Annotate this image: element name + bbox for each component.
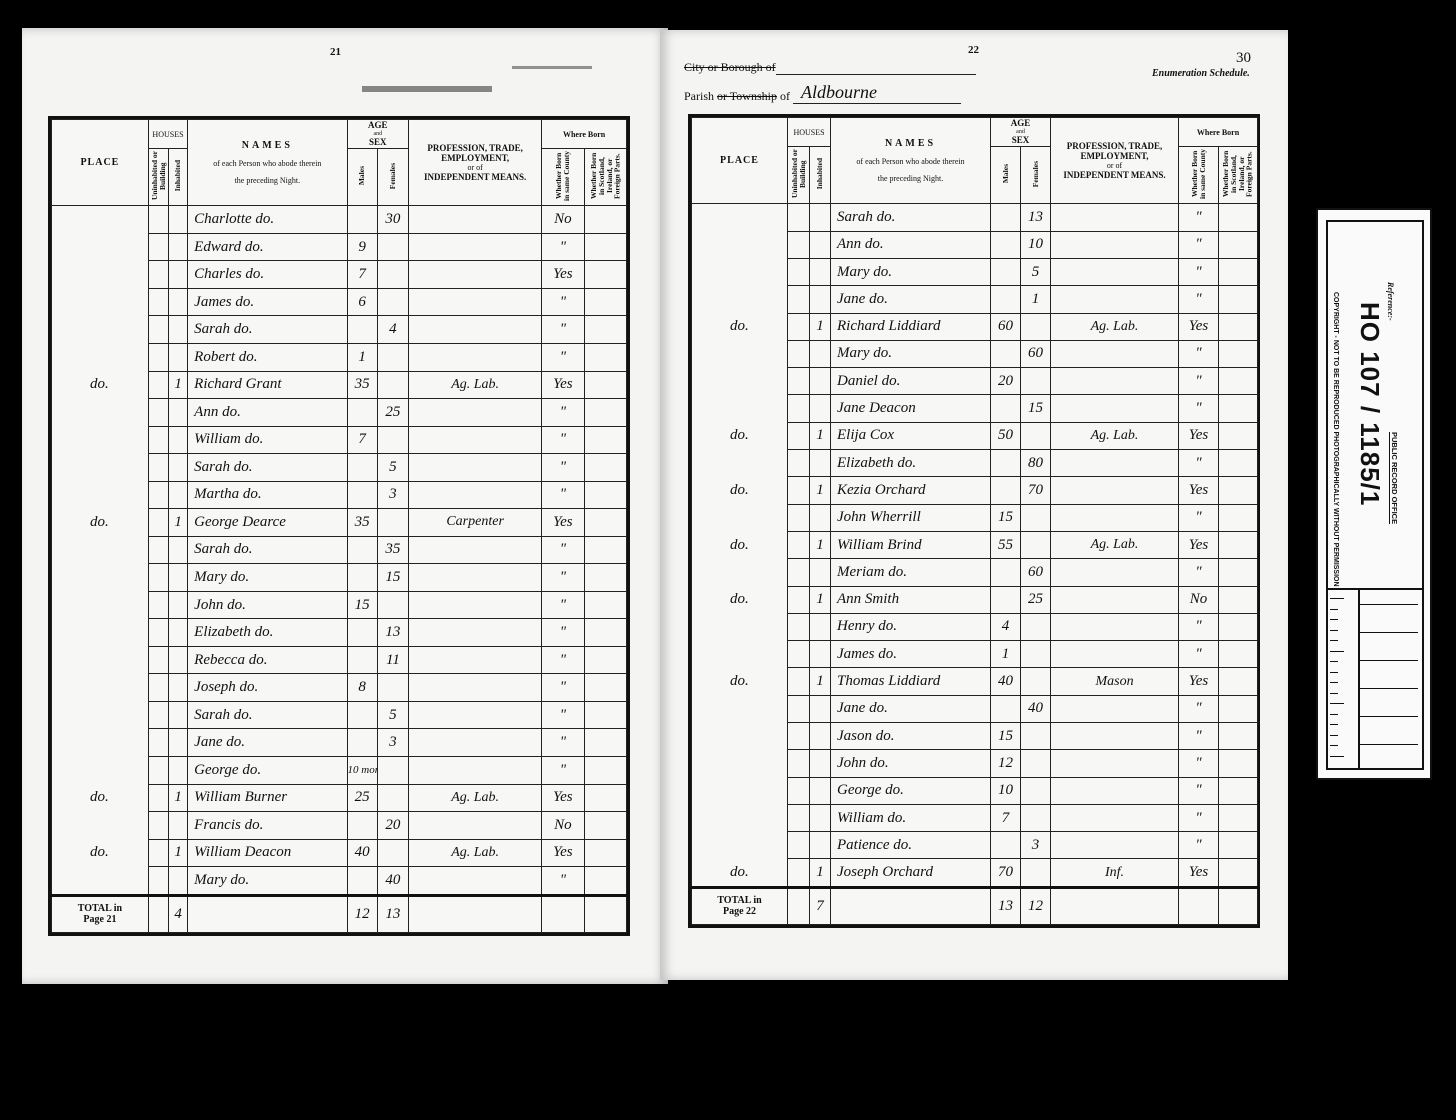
scale-tick	[1330, 756, 1344, 757]
col-females: Females	[1021, 147, 1051, 204]
cell-foreign-parts	[584, 399, 626, 427]
cell-same-county: Yes	[1179, 531, 1219, 558]
cell-name: William Burner	[188, 784, 347, 812]
cell-name: Edward do.	[188, 233, 347, 261]
cell-profession	[409, 619, 542, 647]
cell-same-county: "	[1179, 641, 1219, 668]
cell-females	[1021, 504, 1051, 531]
scale-tick	[1330, 693, 1338, 694]
cell-inhabited	[169, 564, 188, 592]
cell-foreign-parts	[584, 812, 626, 840]
cell-profession	[1051, 450, 1179, 477]
cell-males: 35	[347, 509, 377, 537]
cell-females	[377, 426, 408, 454]
scale-tick	[1330, 651, 1344, 652]
cell-males: 6	[347, 288, 377, 316]
cell-males	[991, 832, 1021, 859]
cell-inhabited	[169, 701, 188, 729]
total-inhabited: 7	[810, 887, 831, 924]
cell-same-county: "	[1179, 695, 1219, 722]
cell-inhabited	[169, 261, 188, 289]
table-row: Francis do.20No	[52, 812, 627, 840]
cell-profession: Ag. Lab.	[1051, 422, 1179, 449]
cell-profession	[1051, 832, 1179, 859]
col-inhabited: Inhabited	[810, 147, 831, 204]
cell-females: 11	[377, 646, 408, 674]
census-page-right: 22 30 Enumeration Schedule. City or Boro…	[660, 30, 1288, 980]
cell-males: 10 months	[347, 756, 377, 784]
cell-place: do.	[692, 477, 788, 504]
col-same-county: Whether Born in same County	[1179, 147, 1219, 204]
reference-slip: Reference:- HO 107 / 1185/1 PUBLIC RECOR…	[1316, 208, 1432, 780]
table-row: William do.7"	[52, 426, 627, 454]
cell-name: James do.	[188, 288, 347, 316]
cell-females	[1021, 777, 1051, 804]
cell-males: 1	[991, 641, 1021, 668]
cell-foreign-parts	[1219, 450, 1258, 477]
copyright-notice: COPYRIGHT - NOT TO BE REPRODUCED PHOTOGR…	[1332, 292, 1339, 587]
cell-uninhabited	[148, 674, 168, 702]
page-number: 22	[968, 44, 979, 56]
cell-uninhabited	[148, 344, 168, 372]
cell-uninhabited	[148, 756, 168, 784]
table-row: Henry do.4"	[692, 613, 1258, 640]
cell-foreign-parts	[584, 701, 626, 729]
table-row: Jane do.3"	[52, 729, 627, 757]
cell-name: Jason do.	[831, 722, 991, 749]
cell-same-county: "	[1179, 777, 1219, 804]
cell-same-county: No	[1179, 586, 1219, 613]
cell-uninhabited	[148, 701, 168, 729]
scale-tick	[1330, 724, 1338, 725]
cell-place	[692, 231, 788, 258]
cell-place	[52, 536, 149, 564]
col-where-born: Where Born	[542, 120, 627, 149]
cell-same-county: "	[1179, 204, 1219, 231]
cell-males: 25	[347, 784, 377, 812]
cell-profession	[1051, 286, 1179, 313]
scale-tick	[1330, 745, 1338, 746]
cell-name: Elizabeth do.	[188, 619, 347, 647]
cell-females	[377, 261, 408, 289]
table-row: Mary do.40"	[52, 867, 627, 896]
cell-name: George do.	[831, 777, 991, 804]
city-borough-line: City or Borough of	[684, 60, 976, 75]
cell-name: Ann Smith	[831, 586, 991, 613]
total-foreign-parts	[584, 895, 626, 932]
cell-place	[692, 286, 788, 313]
cell-name: Kezia Orchard	[831, 477, 991, 504]
col-place: PLACE	[692, 118, 788, 204]
cell-place	[52, 867, 149, 896]
table-row: George do.10 months"	[52, 756, 627, 784]
scale-tick	[1330, 682, 1338, 683]
cell-same-county: "	[542, 233, 584, 261]
cell-foreign-parts	[1219, 641, 1258, 668]
table-row: Ann do.25"	[52, 399, 627, 427]
cell-inhabited	[810, 204, 831, 231]
cell-males	[991, 695, 1021, 722]
cell-profession	[1051, 258, 1179, 285]
cell-name: Richard Liddiard	[831, 313, 991, 340]
cell-uninhabited	[788, 722, 810, 749]
cell-name: Mary do.	[188, 867, 347, 896]
table-row: do.1Thomas Liddiard40MasonYes	[692, 668, 1258, 695]
table-row: Charlotte do.30No	[52, 206, 627, 234]
cell-same-county: No	[542, 812, 584, 840]
cell-inhabited	[810, 750, 831, 777]
cell-inhabited	[810, 286, 831, 313]
cell-females	[377, 784, 408, 812]
cell-name: Charlotte do.	[188, 206, 347, 234]
cell-inhabited	[169, 206, 188, 234]
total-names	[831, 887, 991, 924]
scale-tick	[1330, 703, 1344, 704]
cell-females	[1021, 313, 1051, 340]
cell-females	[377, 344, 408, 372]
cell-same-county: "	[1179, 340, 1219, 367]
cell-foreign-parts	[584, 288, 626, 316]
reference-label: Reference:-	[1386, 282, 1395, 321]
cell-place: do.	[52, 371, 149, 399]
cell-foreign-parts	[584, 371, 626, 399]
col-inhabited: Inhabited	[169, 149, 188, 206]
cell-profession: Carpenter	[409, 509, 542, 537]
cell-place	[692, 722, 788, 749]
cell-foreign-parts	[584, 481, 626, 509]
cell-females: 3	[1021, 832, 1051, 859]
scale-tick	[1330, 630, 1338, 631]
total-females: 12	[1021, 887, 1051, 924]
table-row: Jane Deacon15"	[692, 395, 1258, 422]
cell-males	[347, 867, 377, 896]
table-row: Mary do.15"	[52, 564, 627, 592]
cell-name: Thomas Liddiard	[831, 668, 991, 695]
cell-uninhabited	[148, 233, 168, 261]
cell-foreign-parts	[584, 867, 626, 896]
table-row: Elizabeth do.80"	[692, 450, 1258, 477]
table-row: do.1William Brind55Ag. Lab.Yes	[692, 531, 1258, 558]
total-uninhabited	[788, 887, 810, 924]
cell-profession	[1051, 722, 1179, 749]
cell-foreign-parts	[1219, 340, 1258, 367]
cell-foreign-parts	[584, 839, 626, 867]
cell-place: do.	[692, 668, 788, 695]
cell-males: 50	[991, 422, 1021, 449]
cell-females	[377, 371, 408, 399]
table-row: Jason do.15"	[692, 722, 1258, 749]
cell-females: 15	[1021, 395, 1051, 422]
office-label: PUBLIC RECORD OFFICE	[1390, 432, 1399, 524]
cell-foreign-parts	[584, 564, 626, 592]
table-row: do.1Richard Grant35Ag. Lab.Yes	[52, 371, 627, 399]
cell-name: George do.	[188, 756, 347, 784]
cell-inhabited	[169, 454, 188, 482]
cell-males: 7	[347, 261, 377, 289]
cell-uninhabited	[148, 509, 168, 537]
table-row: Elizabeth do.13"	[52, 619, 627, 647]
cell-foreign-parts	[584, 674, 626, 702]
cell-uninhabited	[788, 750, 810, 777]
cell-name: Elija Cox	[831, 422, 991, 449]
cell-profession	[409, 233, 542, 261]
cell-foreign-parts	[1219, 695, 1258, 722]
cell-uninhabited	[788, 395, 810, 422]
table-row: George do.10"	[692, 777, 1258, 804]
table-row: do.1Kezia Orchard70Yes	[692, 477, 1258, 504]
cell-uninhabited	[148, 426, 168, 454]
cell-foreign-parts	[1219, 531, 1258, 558]
cell-males: 70	[991, 859, 1021, 887]
cell-profession: Ag. Lab.	[409, 371, 542, 399]
cell-same-county: "	[542, 426, 584, 454]
table-row: William do.7"	[692, 804, 1258, 831]
cell-inhabited	[169, 344, 188, 372]
cell-profession	[1051, 559, 1179, 586]
cell-name: Joseph Orchard	[831, 859, 991, 887]
cell-males: 10	[991, 777, 1021, 804]
table-row: Edward do.9"	[52, 233, 627, 261]
schedule-number: 30	[1236, 50, 1251, 67]
table-row: Joseph do.8"	[52, 674, 627, 702]
cell-inhabited: 1	[810, 313, 831, 340]
scale-tick	[1330, 735, 1338, 736]
cell-foreign-parts	[1219, 231, 1258, 258]
cell-males	[347, 646, 377, 674]
total-profession	[1051, 887, 1179, 924]
census-rows: Charlotte do.30NoEdward do.9"Charles do.…	[52, 206, 627, 933]
cell-uninhabited	[788, 286, 810, 313]
cell-uninhabited	[788, 832, 810, 859]
cell-males	[991, 395, 1021, 422]
cell-profession	[1051, 695, 1179, 722]
cell-inhabited	[810, 777, 831, 804]
cell-same-county: "	[1179, 613, 1219, 640]
cell-profession: Inf.	[1051, 859, 1179, 887]
scale-tick	[1358, 688, 1418, 689]
cell-place	[52, 756, 149, 784]
cell-uninhabited	[788, 586, 810, 613]
table-row: Mary do.5"	[692, 258, 1258, 285]
cell-name: Sarah do.	[188, 316, 347, 344]
cell-inhabited	[169, 867, 188, 896]
cell-females: 3	[377, 729, 408, 757]
cell-place	[692, 204, 788, 231]
cell-place	[52, 261, 149, 289]
cell-place: do.	[52, 509, 149, 537]
total-uninhabited	[148, 895, 168, 932]
table-row: do.1George Dearce35CarpenterYes	[52, 509, 627, 537]
cell-profession	[1051, 613, 1179, 640]
cell-inhabited	[169, 756, 188, 784]
cell-females: 13	[1021, 204, 1051, 231]
cell-females	[1021, 804, 1051, 831]
cell-name: Sarah do.	[188, 454, 347, 482]
col-profession: PROFESSION, TRADE, EMPLOYMENT, or of IND…	[1051, 118, 1179, 204]
cell-males	[347, 316, 377, 344]
cell-same-county: "	[542, 674, 584, 702]
cell-foreign-parts	[1219, 204, 1258, 231]
cell-same-county: "	[542, 619, 584, 647]
cell-foreign-parts	[1219, 586, 1258, 613]
cell-males: 4	[991, 613, 1021, 640]
cell-uninhabited	[148, 564, 168, 592]
table-row: James do.1"	[692, 641, 1258, 668]
cell-same-county: "	[1179, 504, 1219, 531]
col-houses: HOUSES	[148, 120, 187, 149]
cell-uninhabited	[788, 422, 810, 449]
cell-profession	[409, 288, 542, 316]
cell-same-county: Yes	[1179, 313, 1219, 340]
cell-place	[692, 804, 788, 831]
cell-profession	[1051, 641, 1179, 668]
cell-uninhabited	[148, 481, 168, 509]
cell-females	[377, 756, 408, 784]
total-inhabited: 4	[169, 895, 188, 932]
cell-males: 15	[991, 722, 1021, 749]
cell-name: Sarah do.	[188, 701, 347, 729]
cell-females	[1021, 422, 1051, 449]
cell-name: Francis do.	[188, 812, 347, 840]
cell-inhabited	[810, 504, 831, 531]
col-foreign-parts: Whether Born in Scotland, Ireland, or Fo…	[584, 149, 626, 206]
col-same-county: Whether Born in same County	[542, 149, 584, 206]
cell-same-county: "	[542, 646, 584, 674]
cell-uninhabited	[788, 859, 810, 887]
table-row: James do.6"	[52, 288, 627, 316]
col-age-sex: AGE and SEX	[347, 120, 409, 149]
cell-profession	[409, 591, 542, 619]
cell-same-county: "	[542, 729, 584, 757]
parish-value: Aldbourne	[793, 82, 961, 104]
cell-females: 70	[1021, 477, 1051, 504]
cell-males: 7	[347, 426, 377, 454]
reference-frame: Reference:- HO 107 / 1185/1 PUBLIC RECOR…	[1326, 220, 1424, 770]
table-row: Meriam do.60"	[692, 559, 1258, 586]
cell-uninhabited	[148, 206, 168, 234]
total-same-county	[542, 895, 584, 932]
table-row: Robert do.1"	[52, 344, 627, 372]
cell-profession: Ag. Lab.	[409, 784, 542, 812]
cell-males: 8	[347, 674, 377, 702]
cell-foreign-parts	[584, 344, 626, 372]
cell-males	[991, 559, 1021, 586]
cell-females	[1021, 750, 1051, 777]
parish-line: Parish or Township of Aldbourne	[684, 82, 961, 104]
cell-place	[52, 288, 149, 316]
table-row: Patience do.3"	[692, 832, 1258, 859]
cell-place	[692, 395, 788, 422]
table-row: Jane do.1"	[692, 286, 1258, 313]
ledger-grid: PLACE HOUSES NAMES of each Person who ab…	[691, 117, 1258, 925]
table-row: John do.15"	[52, 591, 627, 619]
cell-males	[347, 206, 377, 234]
cell-name: Mary do.	[831, 340, 991, 367]
cell-males	[347, 564, 377, 592]
cell-place	[692, 750, 788, 777]
cell-place	[692, 777, 788, 804]
cell-females: 60	[1021, 340, 1051, 367]
cell-name: Mary do.	[831, 258, 991, 285]
scale-tick	[1330, 598, 1344, 599]
cell-same-county: "	[1179, 450, 1219, 477]
cell-foreign-parts	[584, 729, 626, 757]
cell-profession	[409, 646, 542, 674]
total-same-county	[1179, 887, 1219, 924]
cell-profession: Ag. Lab.	[409, 839, 542, 867]
cell-same-county: "	[542, 536, 584, 564]
cell-place: do.	[692, 859, 788, 887]
cell-same-county: Yes	[542, 784, 584, 812]
cell-inhabited: 1	[169, 509, 188, 537]
cell-uninhabited	[788, 531, 810, 558]
table-row: Rebecca do.11"	[52, 646, 627, 674]
cell-profession	[1051, 395, 1179, 422]
col-where-born: Where Born	[1179, 118, 1258, 147]
cell-same-county: "	[542, 399, 584, 427]
table-row: Ann do.10"	[692, 231, 1258, 258]
total-profession	[409, 895, 542, 932]
cell-uninhabited	[148, 454, 168, 482]
cell-place: do.	[52, 784, 149, 812]
cell-profession	[1051, 477, 1179, 504]
cell-inhabited	[169, 233, 188, 261]
col-males: Males	[991, 147, 1021, 204]
cell-inhabited	[169, 674, 188, 702]
cell-males: 35	[347, 371, 377, 399]
cell-profession	[409, 426, 542, 454]
cell-females	[1021, 368, 1051, 395]
cell-females: 30	[377, 206, 408, 234]
measurement-scale	[1328, 588, 1422, 768]
cell-uninhabited	[148, 316, 168, 344]
cell-uninhabited	[148, 867, 168, 896]
scale-tick	[1330, 609, 1338, 610]
cell-males: 20	[991, 368, 1021, 395]
cell-uninhabited	[148, 399, 168, 427]
cell-name: Henry do.	[831, 613, 991, 640]
cell-place	[692, 613, 788, 640]
total-females: 13	[377, 895, 408, 932]
cell-profession	[409, 454, 542, 482]
cell-same-county: "	[1179, 804, 1219, 831]
cell-name: Jane do.	[188, 729, 347, 757]
cell-males	[991, 477, 1021, 504]
cell-profession	[1051, 204, 1179, 231]
cell-profession: Ag. Lab.	[1051, 531, 1179, 558]
cell-place	[52, 481, 149, 509]
table-row: do.1Elija Cox50Ag. Lab.Yes	[692, 422, 1258, 449]
cell-uninhabited	[788, 777, 810, 804]
cell-males	[991, 586, 1021, 613]
cell-name: Ann do.	[831, 231, 991, 258]
cell-place	[52, 701, 149, 729]
cell-inhabited	[810, 340, 831, 367]
cell-profession	[409, 536, 542, 564]
cell-profession	[409, 812, 542, 840]
cell-same-county: "	[542, 867, 584, 896]
cell-males	[347, 619, 377, 647]
cell-name: Sarah do.	[831, 204, 991, 231]
cell-males	[347, 812, 377, 840]
cell-place	[692, 695, 788, 722]
cell-profession	[1051, 231, 1179, 258]
cell-inhabited: 1	[810, 531, 831, 558]
cell-inhabited	[169, 481, 188, 509]
cell-place	[52, 344, 149, 372]
cell-uninhabited	[788, 450, 810, 477]
scale-tick	[1358, 632, 1418, 633]
